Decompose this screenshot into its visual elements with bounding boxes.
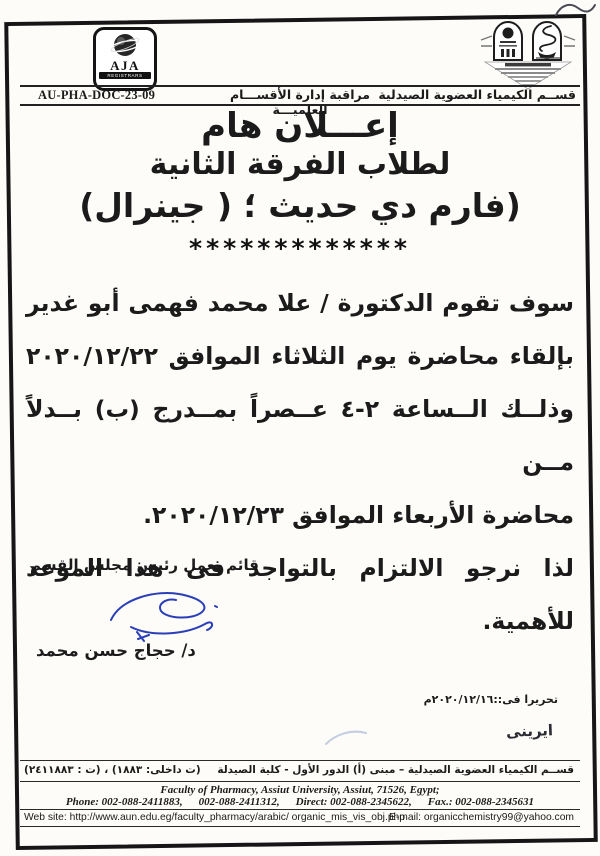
aja-globe-icon	[107, 32, 143, 60]
footer-address: Faculty of Pharmacy, Assiut University, …	[0, 784, 600, 796]
issue-date: تحريرا فى::٢٠٢٠/١٢/١٦م	[424, 693, 558, 706]
footer-dept-label: قســم الكيمياء العضوية الصيدلية – مبنى (…	[217, 764, 574, 776]
footer-divider-2	[20, 781, 580, 782]
signature-role-label: قائم بعمل رئيس مجلس القسم	[30, 556, 259, 574]
footer-website: Web site: http://www.aun.edu.eg/faculty_…	[24, 812, 405, 823]
body-line-4: محاضرة الأربعاء الموافق ٢٠٢٠/١٢/٢٣.	[26, 489, 574, 542]
footer-divider-3	[20, 809, 580, 810]
signature-scribble-icon	[103, 586, 243, 644]
footer-phone-1: Phone: 002-088-2411883,	[66, 796, 183, 808]
footer-divider-1	[20, 760, 580, 761]
footer-phone-direct: Direct: 002-088-2345622,	[296, 796, 412, 808]
body-line-2: بإلقاء محاضرة يوم الثلاثاء الموافق ٢٠٢٠/…	[26, 330, 574, 383]
body-line-3: وذلــك الــساعة ٢-٤ عــصراً بمــدرج (ب) …	[26, 383, 574, 489]
footer-divider-4	[20, 826, 580, 827]
title-line-2: لطلاب الفرقة الثانية	[0, 147, 600, 182]
footer-phone-line: Phone: 002-088-2411883, 002-088-2411312,…	[0, 796, 600, 808]
scanned-announcement-page: AJA REGISTRARS AU-PHA-DOC-23-09 مراقبة إ…	[0, 0, 600, 856]
blue-ink-smudge	[324, 726, 368, 748]
stars-separator: *************	[0, 234, 600, 263]
title-line-1: إعـــلان هام	[0, 106, 600, 146]
header-dept-label: قســم الكيمياء العضوية الصيدلية	[378, 87, 576, 102]
handwritten-name: ايرينى	[506, 721, 554, 741]
footer-phone-2: 002-088-2411312,	[199, 796, 280, 808]
footer-fax: Fax.: 002-088-2345631	[428, 796, 534, 808]
aja-label: AJA	[96, 60, 154, 71]
title-line-3: (فارم دي حديث ؛ ( جينرال)	[0, 186, 600, 225]
aja-registrars-bar: REGISTRARS	[99, 72, 151, 79]
university-emblem-icon	[477, 16, 579, 90]
footer-email: E-mail: organicchemistry99@yahoo.com	[389, 812, 574, 823]
doc-code: AU-PHA-DOC-23-09	[38, 88, 155, 103]
footer-phones-arabic: (ت داخلى: ١٨٨٣) ، (ت : ٢٤١١٨٨٣)	[24, 764, 201, 776]
body-line-1: سوف تقوم الدكتورة / علا محمد فهمى أبو غد…	[26, 277, 574, 330]
signer-name: د/ حجاج حسن محمد	[36, 641, 196, 660]
aja-registrars-logo: AJA REGISTRARS	[93, 27, 157, 91]
